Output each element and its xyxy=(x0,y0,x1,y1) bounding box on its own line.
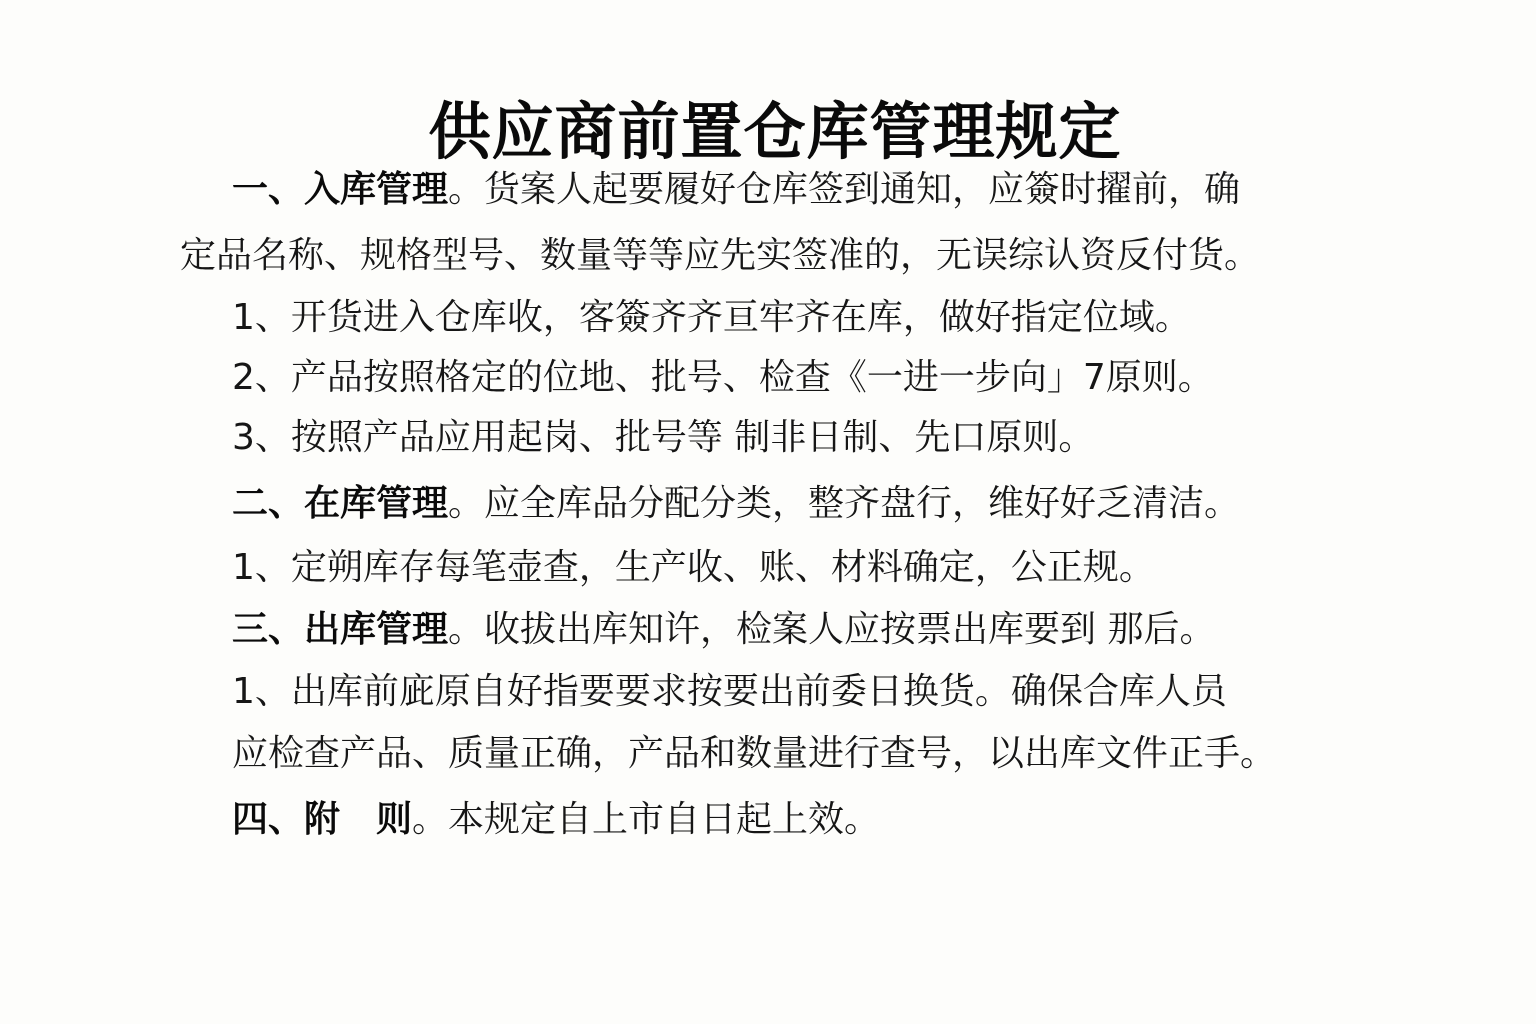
section-2-item-1: 1、定朔库存每笔壶查，生产收、账、材料确定，公正规。 xyxy=(232,546,1155,590)
section-heading: 四、附 则 xyxy=(232,799,412,840)
section-1-item-1: 1、开货进入仓库收，客簽齐齐亘牢齐在库，做好指定位域。 xyxy=(232,296,1191,340)
section-heading: 二、在库管理 xyxy=(232,483,448,524)
section-1-item-3: 3、按照产品应用起岗、批号等 制非日制、先口原则。 xyxy=(232,416,1094,460)
section-3-intro: 三、出库管理。收拔出库知许，检案人应按票出库要到 那后。 xyxy=(232,608,1215,652)
section-heading: 三、出库管理 xyxy=(232,609,448,650)
section-4-intro: 四、附 则。本规定自上市自日起上效。 xyxy=(232,798,880,842)
section-3-item-1-continued: 应检查产品、质量正确，产品和数量进行查号，以出库文件正手。 xyxy=(232,732,1276,776)
section-1-item-2: 2、产品按照格定的位地、批号、检查《一进一步向」7原则。 xyxy=(232,356,1214,400)
section-3-item-1: 1、出库前庛原自好指要要求按要出前委日换货。确保合库人员 xyxy=(232,670,1227,714)
section-text: 。货案人起要履好仓库签到通知，应簽时擢前，确 xyxy=(448,169,1240,210)
section-1-intro-continued: 定品名称、规格型号、数量等等应先实签准的，无误综认资反付货。 xyxy=(180,234,1260,278)
section-text: 。应全库品分配分类，整齐盘行，维好好乏清洁。 xyxy=(448,483,1240,524)
section-text: 。本规定自上市自日起上效。 xyxy=(412,799,880,840)
section-1-intro: 一、入库管理。货案人起要履好仓库签到通知，应簽时擢前，确 xyxy=(232,168,1240,212)
section-heading: 一、入库管理 xyxy=(232,169,448,210)
document-title: 供应商前置仓库管理规定 xyxy=(0,96,1536,168)
section-text: 。收拔出库知许，检案人应按票出库要到 那后。 xyxy=(448,609,1215,650)
section-2-intro: 二、在库管理。应全库品分配分类，整齐盘行，维好好乏清洁。 xyxy=(232,482,1240,526)
